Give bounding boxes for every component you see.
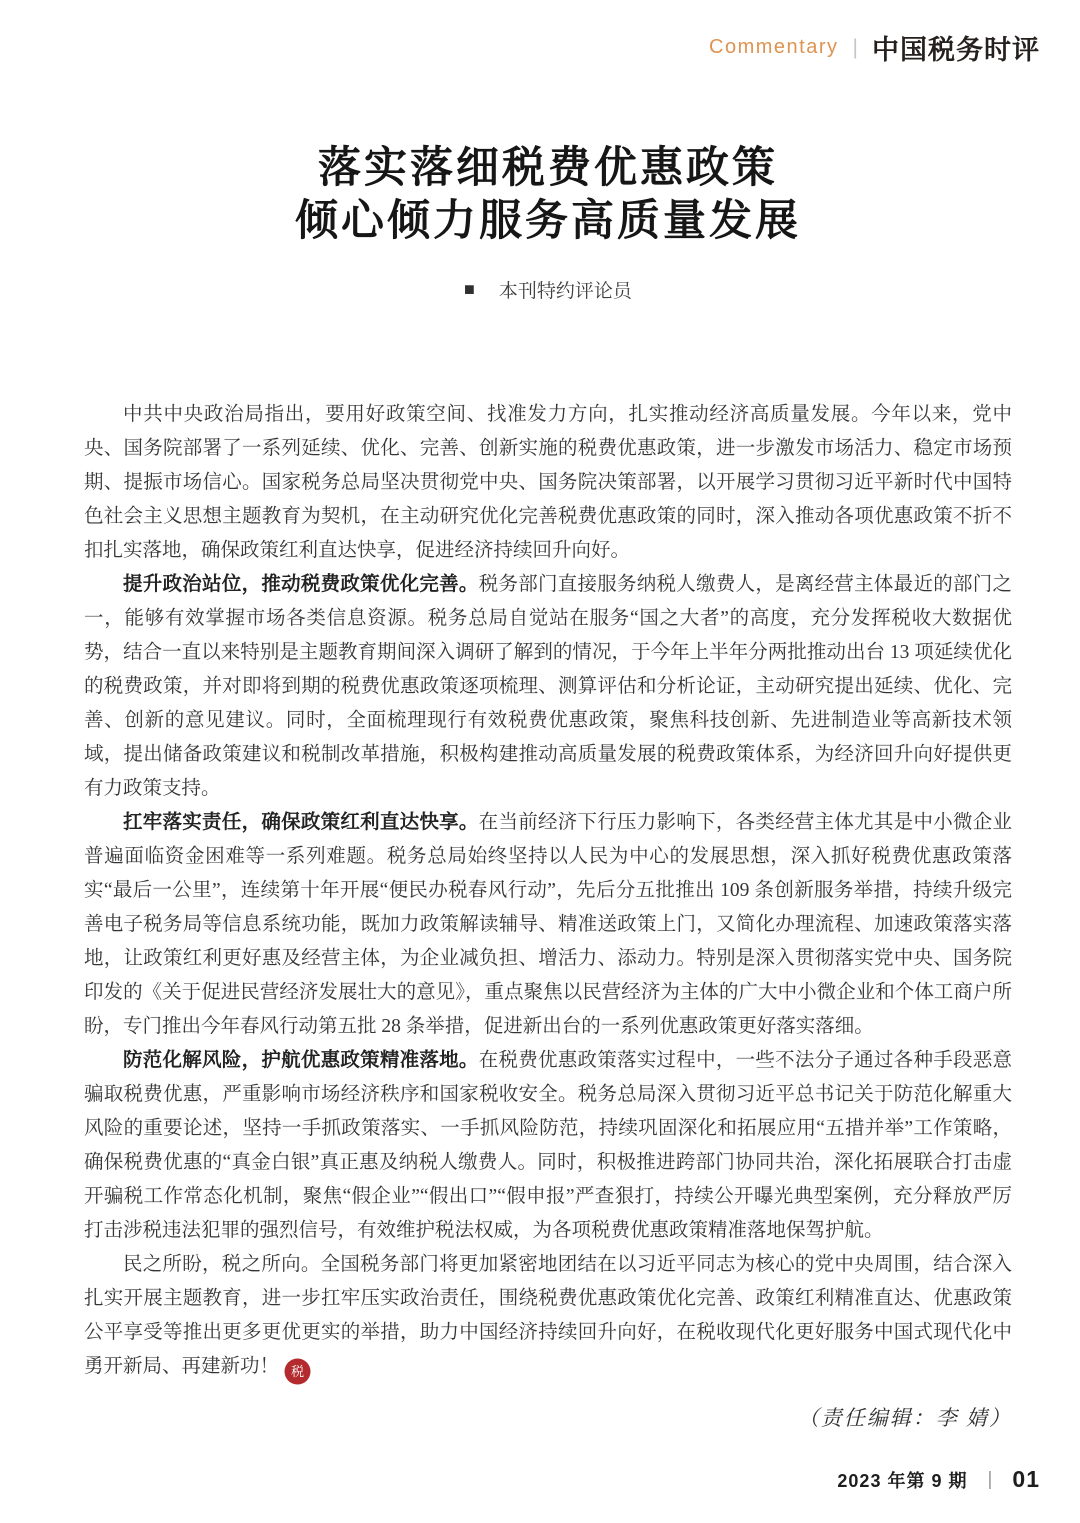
paragraph-3: 扛牢落实责任，确保政策红利直达快享。在当前经济下行压力影响下，各类经营主体尤其是…: [84, 806, 1012, 1044]
footer-separator: |: [983, 1469, 996, 1491]
paragraph-2: 提升政治站位，推动税费政策优化完善。税务部门直接服务纳税人缴费人，是离经营主体最…: [84, 568, 1012, 806]
paragraph-4-text: 在税费优惠政策落实过程中，一些不法分子通过各种手段恶意骗取税费优惠，严重影响市场…: [84, 1050, 1012, 1241]
paragraph-4-lead: 防范化解风险，护航优惠政策精准落地。: [123, 1050, 479, 1071]
paragraph-2-text: 税务部门直接服务纳税人缴费人，是离经营主体最近的部门之一，能够有效掌握市场各类信…: [84, 574, 1012, 799]
paragraph-5: 民之所盼，税之所向。全国税务部门将更加紧密地团结在以习近平同志为核心的党中央周围…: [84, 1248, 1012, 1384]
paragraph-3-lead: 扛牢落实责任，确保政策红利直达快享。: [123, 812, 479, 833]
article-title-line1: 落实落细税费优惠政策: [84, 142, 1012, 195]
page-footer: 2023 年第 9 期 | 01: [837, 1466, 1040, 1493]
paragraph-5-text: 民之所盼，税之所向。全国税务部门将更加紧密地团结在以习近平同志为核心的党中央周围…: [84, 1254, 1012, 1377]
section-name-chinese: 中国税务时评: [872, 28, 1040, 67]
page-header: Commentary | 中国税务时评: [709, 28, 1040, 67]
footer-page-number: 01: [1012, 1466, 1040, 1493]
paragraph-1: 中共中央政治局指出，要用好政策空间、找准发力方向，扎实推动经济高质量发展。今年以…: [84, 398, 1012, 568]
paragraph-1-text: 中共中央政治局指出，要用好政策空间、找准发力方向，扎实推动经济高质量发展。今年以…: [84, 404, 1012, 561]
paragraph-4: 防范化解风险，护航优惠政策精准落地。在税费优惠政策落实过程中，一些不法分子通过各…: [84, 1044, 1012, 1248]
tax-seal-icon: 税: [286, 1360, 309, 1383]
article-title-line2: 倾心倾力服务高质量发展: [84, 195, 1012, 248]
byline: ■ 本刊特约评论员: [84, 278, 1012, 300]
article-body: 中共中央政治局指出，要用好政策空间、找准发力方向，扎实推动经济高质量发展。今年以…: [84, 398, 1012, 1384]
paragraph-3-text: 在当前经济下行压力影响下，各类经营主体尤其是中小微企业普遍面临资金困难等一系列难…: [84, 812, 1012, 1037]
byline-author: 本刊特约评论员: [499, 276, 632, 303]
section-name-english: Commentary: [709, 36, 838, 59]
header-separator: |: [853, 36, 858, 60]
editor-note: （责任编辑：李 婧）: [84, 1402, 1012, 1432]
article-title: 落实落细税费优惠政策 倾心倾力服务高质量发展: [84, 142, 1012, 248]
byline-square-icon: ■: [464, 280, 475, 298]
footer-issue: 2023 年第 9 期: [837, 1467, 967, 1493]
paragraph-2-lead: 提升政治站位，推动税费政策优化完善。: [123, 574, 479, 595]
magazine-page: Commentary | 中国税务时评 落实落细税费优惠政策 倾心倾力服务高质量…: [0, 0, 1080, 1523]
